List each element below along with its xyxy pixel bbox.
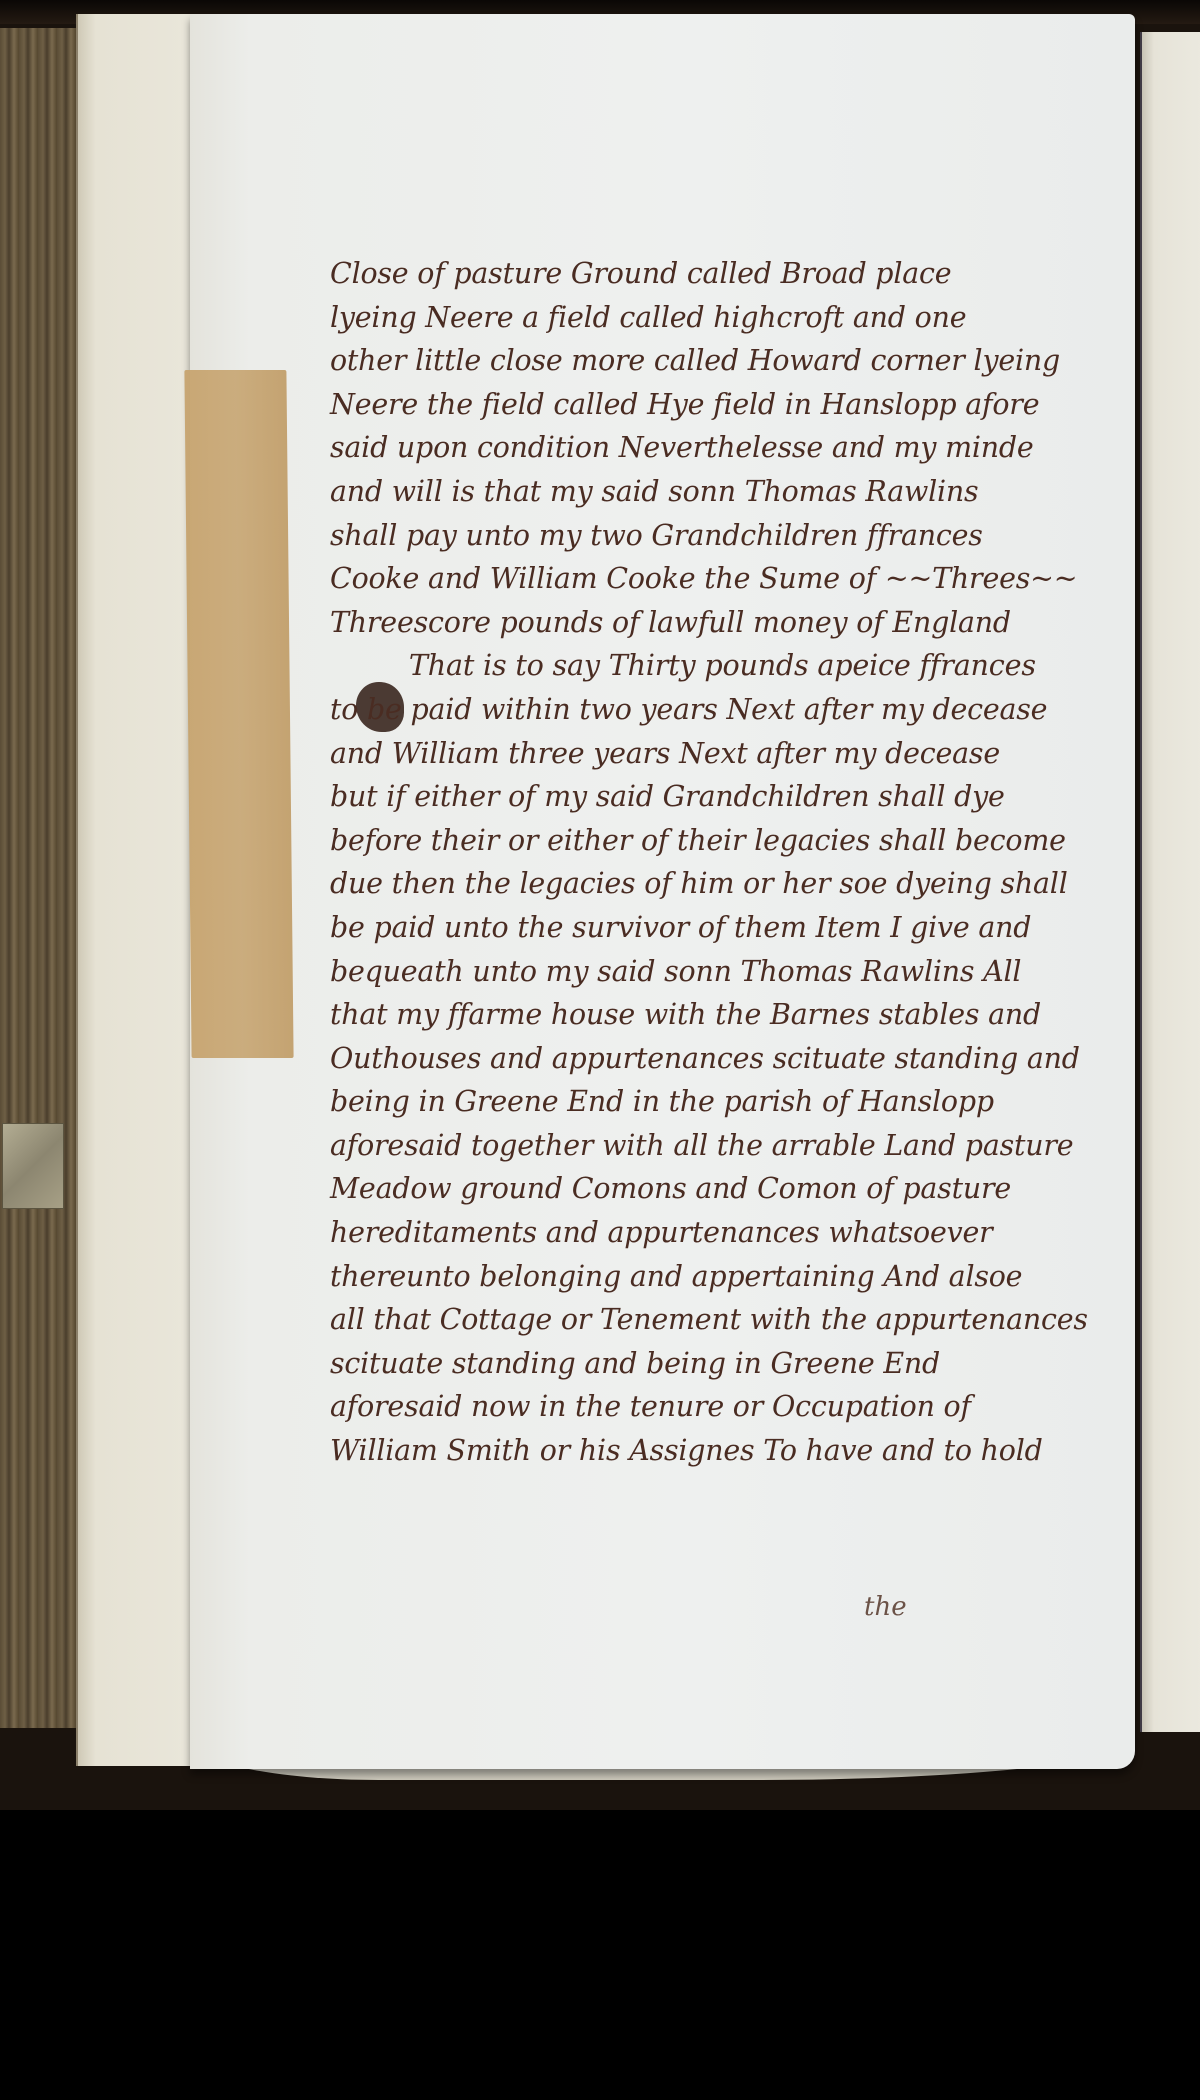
text-line: Neere the field called Hye field in Hans…	[330, 383, 1105, 427]
metal-clasp	[2, 1123, 64, 1209]
text-line: lyeing Neere a field called highcroft an…	[330, 296, 1105, 340]
text-line: but if either of my said Grandchildren s…	[330, 775, 1105, 819]
text-line: that my ffarme house with the Barnes sta…	[330, 993, 1105, 1037]
text-line: Cooke and William Cooke the Sume of ~~Th…	[330, 557, 1105, 601]
paper-tape-strip	[184, 370, 293, 1058]
text-line: said upon condition Neverthelesse and my…	[330, 426, 1105, 470]
text-line: hereditaments and appurtenances whatsoev…	[330, 1211, 1105, 1255]
text-line: scituate standing and being in Greene En…	[330, 1342, 1105, 1386]
handwritten-text: Close of pasture Ground called Broad pla…	[330, 252, 1120, 1473]
gutter-margin	[76, 14, 208, 1766]
text-line: and will is that my said sonn Thomas Raw…	[330, 470, 1105, 514]
text-line: Outhouses and appurtenances scituate sta…	[330, 1037, 1105, 1081]
text-line: Threescore pounds of lawfull money of En…	[330, 601, 1105, 645]
text-line: other little close more called Howard co…	[330, 339, 1105, 383]
text-line: Close of pasture Ground called Broad pla…	[330, 252, 1105, 296]
text-line: That is to say Thirty pounds apeice ffra…	[330, 644, 1109, 688]
text-line: be paid unto the survivor of them Item I…	[330, 906, 1105, 950]
manuscript-photo: Close of pasture Ground called Broad pla…	[0, 0, 1200, 1810]
text-line: all that Cottage or Tenement with the ap…	[330, 1298, 1105, 1342]
facing-page-edge	[1140, 32, 1200, 1732]
book-page-edges	[0, 28, 76, 1728]
text-line: to be paid within two years Next after m…	[330, 688, 1105, 732]
text-line: bequeath unto my said sonn Thomas Rawlin…	[330, 950, 1105, 994]
text-line: Meadow ground Comons and Comon of pastur…	[330, 1167, 1105, 1211]
text-line: before their or either of their legacies…	[330, 819, 1105, 863]
text-line: thereunto belonging and appertaining And…	[330, 1255, 1105, 1299]
text-line: shall pay unto my two Grandchildren ffra…	[330, 514, 1105, 558]
text-line: William Smith or his Assignes To have an…	[330, 1429, 1105, 1473]
text-line: being in Greene End in the parish of Han…	[330, 1080, 1105, 1124]
text-line: due then the legacies of him or her soe …	[330, 862, 1105, 906]
text-line: aforesaid now in the tenure or Occupatio…	[330, 1385, 1105, 1429]
text-line: and William three years Next after my de…	[330, 732, 1105, 776]
catchword: the	[864, 1592, 907, 1622]
black-border	[0, 1810, 1200, 2100]
text-line: aforesaid together with all the arrable …	[330, 1124, 1105, 1168]
